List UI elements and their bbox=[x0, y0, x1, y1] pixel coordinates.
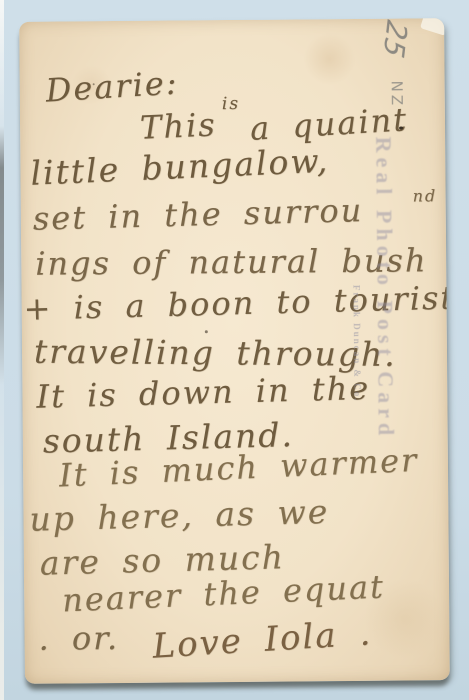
ink-speck bbox=[205, 330, 208, 333]
handwriting-line: little bungalow, bbox=[30, 141, 330, 193]
handwriting-line: ings of natural bush bbox=[35, 241, 428, 282]
scan-edge-artifact bbox=[0, 0, 4, 700]
publisher-stamp-main-text: Real Photo Post Card bbox=[370, 137, 399, 441]
pencil-nz-mark: NZ bbox=[388, 80, 406, 108]
handwriting-line: Dearie: bbox=[45, 64, 180, 110]
ink-speck bbox=[93, 83, 95, 85]
handwriting-line: up here, as we bbox=[29, 492, 330, 539]
postcard-photo-scene: Dearie:Thisisa quaintlittle bungalow,set… bbox=[0, 0, 469, 700]
handwriting-line: set in the surrou bbox=[32, 191, 363, 238]
ink-speck bbox=[399, 127, 403, 130]
handwriting-line: Love Iola . bbox=[151, 613, 373, 666]
handwriting-line: It is down in the bbox=[36, 369, 371, 416]
handwriting-line: . or. bbox=[38, 619, 119, 658]
publisher-stamp-sub-text: Frank Duncan & Co. bbox=[351, 285, 362, 403]
handwriting-line: This bbox=[139, 105, 217, 146]
postcard: Dearie:Thisisa quaintlittle bungalow,set… bbox=[19, 18, 450, 684]
handwriting-line: travelling through. bbox=[34, 332, 397, 374]
handwriting-line: nd bbox=[413, 186, 438, 205]
handwriting-line: is bbox=[222, 94, 240, 114]
